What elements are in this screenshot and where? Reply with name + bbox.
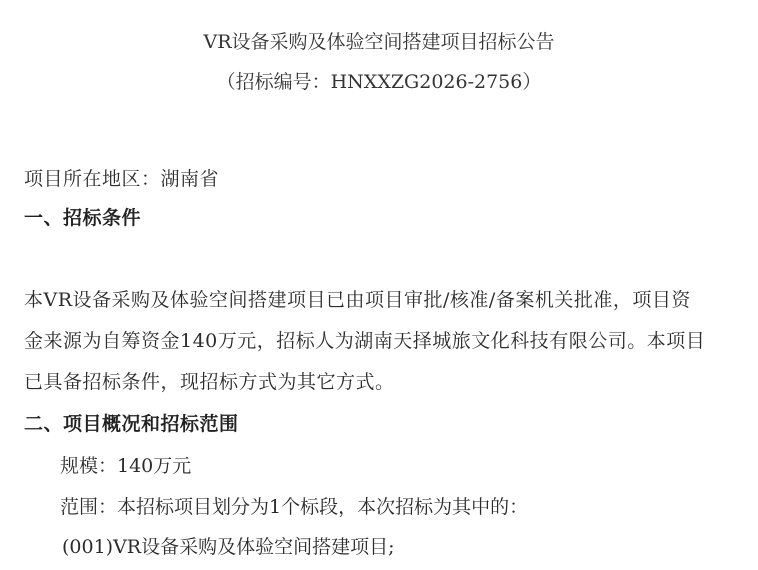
paragraph-line: 已具备招标条件，现招标方式为其它方式。	[24, 370, 395, 394]
document-title: VR设备采购及体验空间搭建项目招标公告	[0, 30, 758, 54]
project-scale: 规模：140万元	[60, 454, 191, 478]
paragraph-line: 本VR设备采购及体验空间搭建项目已由项目审批/核准/备案机关批准，项目资	[24, 288, 691, 312]
lot-item: (001)VR设备采购及体验空间搭建项目;	[62, 535, 395, 559]
bid-number: （招标编号：HNXXZG2026-2756）	[0, 70, 758, 94]
section-heading-project-overview: 二、项目概况和招标范围	[24, 412, 239, 436]
section-heading-bidding-conditions: 一、招标条件	[24, 206, 141, 230]
project-region: 项目所在地区：湖南省	[24, 167, 219, 191]
paragraph-line: 金来源为自筹资金140万元，招标人为湖南天择城旅文化科技有限公司。本项目	[24, 329, 705, 353]
project-scope: 范围：本招标项目划分为1个标段，本次招标为其中的：	[60, 495, 528, 519]
